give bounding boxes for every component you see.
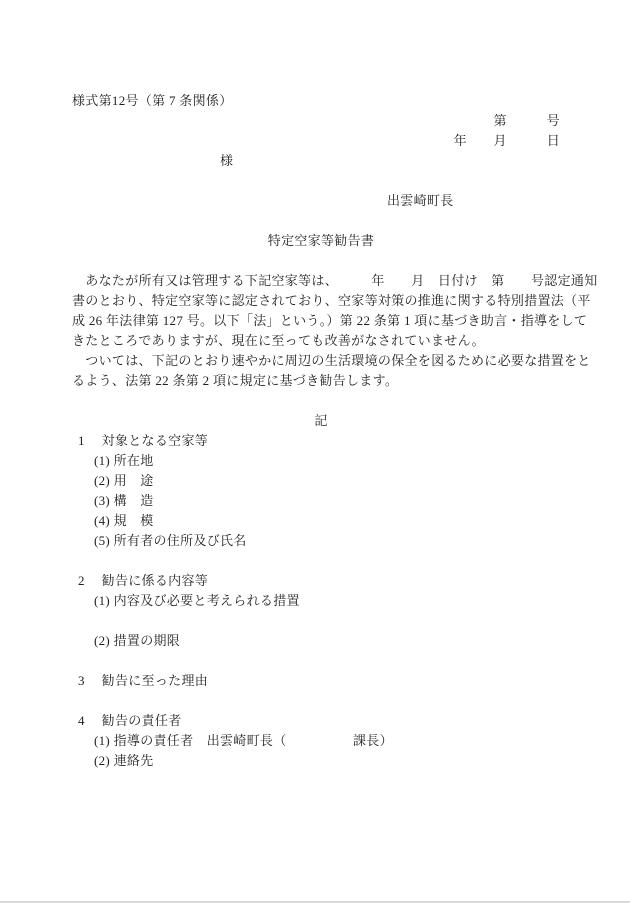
body-paragraph-line: 書のとおり、特定空家等に認定されており、空家等対策の推進に関する特別措置法（平 <box>72 291 570 311</box>
section-1-item: (2) 用 途 <box>72 471 570 491</box>
section-2-item: (2) 措置の期限 <box>72 631 570 651</box>
section-2-heading: 2 勧告に係る内容等 <box>72 571 570 591</box>
section-4-heading: 4 勧告の責任者 <box>72 711 570 731</box>
spacer <box>72 251 570 271</box>
spacer <box>72 171 570 191</box>
section-1-item: (1) 所在地 <box>72 451 570 471</box>
spacer <box>72 611 570 631</box>
form-number: 様式第12号（第 7 条関係） <box>72 91 570 111</box>
section-2-item: (1) 内容及び必要と考えられる措置 <box>72 591 570 611</box>
body-paragraph-line: きたところでありますが、現在に至っても改善がなされていません。 <box>72 331 570 351</box>
sender-name: 出雲崎町長 <box>72 191 570 211</box>
spacer <box>72 211 570 231</box>
body-paragraph-line: 成 26 年法律第 127 号。以下「法」という。）第 22 条第 1 項に基づ… <box>72 311 570 331</box>
document-page: 様式第12号（第 7 条関係） 第 号 年 月 日 様 出雲崎町長 特定空家等勧… <box>0 0 630 903</box>
ki-marker: 記 <box>72 411 570 431</box>
section-1-item: (5) 所有者の住所及び氏名 <box>72 531 570 551</box>
spacer <box>72 391 570 411</box>
section-1-heading: 1 対象となる空家等 <box>72 431 570 451</box>
section-1-item: (4) 規 模 <box>72 511 570 531</box>
spacer <box>72 691 570 711</box>
spacer <box>72 651 570 671</box>
spacer <box>72 551 570 571</box>
doc-number-line: 第 号 <box>72 111 570 131</box>
body-paragraph-line: るよう、法第 22 条第 2 項に規定に基づき勧告します。 <box>72 371 570 391</box>
section-3-heading: 3 勧告に至った理由 <box>72 671 570 691</box>
body-paragraph-line: ついては、下記のとおり速やかに周辺の生活環境の保全を図るために必要な措置をと <box>72 351 570 371</box>
section-4-item: (1) 指導の責任者 出雲崎町長（ 課長） <box>72 731 570 751</box>
document-title: 特定空家等勧告書 <box>72 231 570 251</box>
section-1-item: (3) 構 造 <box>72 491 570 511</box>
addressee-suffix: 様 <box>72 151 570 171</box>
section-4-item: (2) 連絡先 <box>72 751 570 771</box>
body-paragraph-line: あなたが所有又は管理する下記空家等は、 年 月 日付け 第 号認定通知 <box>72 271 570 291</box>
document-content: 様式第12号（第 7 条関係） 第 号 年 月 日 様 出雲崎町長 特定空家等勧… <box>0 0 630 771</box>
date-line: 年 月 日 <box>72 131 570 151</box>
